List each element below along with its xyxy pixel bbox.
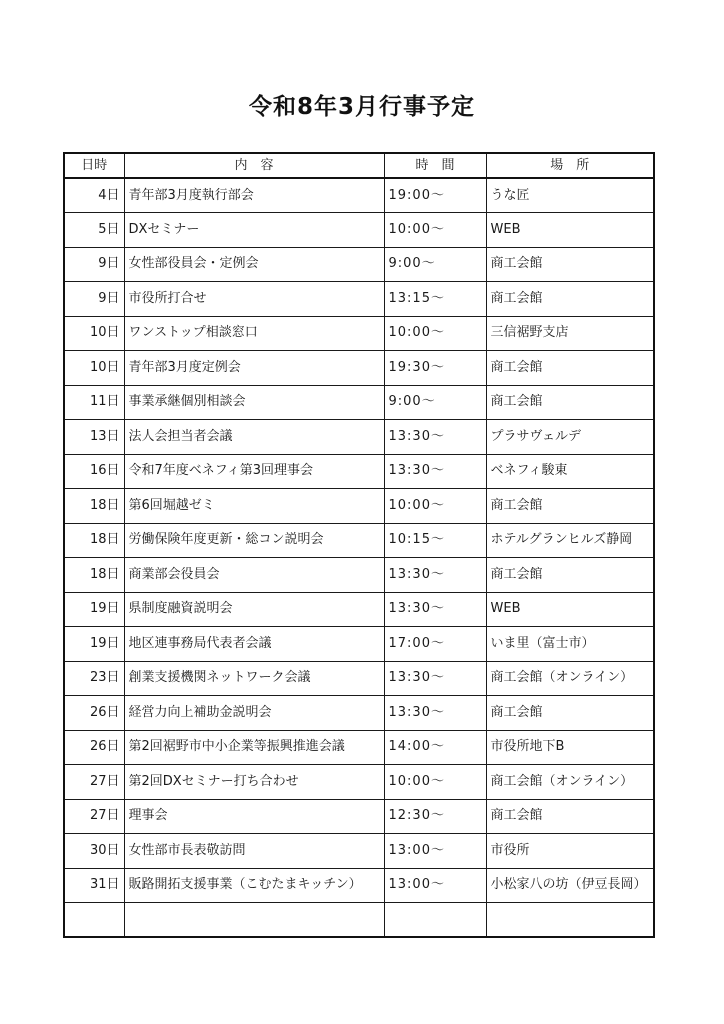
cell-date [64, 903, 124, 938]
cell-date: 26日 [64, 696, 124, 731]
cell-date: 10日 [64, 351, 124, 386]
cell-time: 13:30～ [384, 661, 486, 696]
cell-place: 商工会館 [486, 696, 654, 731]
cell-content: 青年部3月度執行部会 [124, 178, 384, 213]
cell-content: 経営力向上補助金説明会 [124, 696, 384, 731]
cell-time: 10:00～ [384, 489, 486, 524]
cell-content: ワンストップ相談窓口 [124, 316, 384, 351]
cell-date: 31日 [64, 868, 124, 903]
cell-content: 労働保険年度更新・総コン説明会 [124, 523, 384, 558]
cell-time: 13:30～ [384, 454, 486, 489]
table-row: 23日創業支援機関ネットワーク会議13:30～商工会館（オンライン） [64, 661, 654, 696]
table-row [64, 903, 654, 938]
table-row: 27日理事会12:30～商工会館 [64, 799, 654, 834]
cell-time: 13:00～ [384, 868, 486, 903]
cell-time: 10:15～ [384, 523, 486, 558]
cell-time: 13:00～ [384, 834, 486, 869]
cell-content [124, 903, 384, 938]
cell-content: 商業部会役員会 [124, 558, 384, 593]
cell-date: 23日 [64, 661, 124, 696]
cell-time: 13:30～ [384, 592, 486, 627]
table-row: 10日ワンストップ相談窓口10:00～三信裾野支店 [64, 316, 654, 351]
cell-place: 商工会館（オンライン） [486, 661, 654, 696]
cell-time: 13:30～ [384, 696, 486, 731]
cell-time: 9:00～ [384, 247, 486, 282]
cell-content: 販路開拓支援事業（こむたまキッチン） [124, 868, 384, 903]
cell-place: 商工会館（オンライン） [486, 765, 654, 800]
table-row: 5日DXセミナー10:00～WEB [64, 213, 654, 248]
cell-date: 30日 [64, 834, 124, 869]
cell-content: 女性部役員会・定例会 [124, 247, 384, 282]
cell-time: 19:30～ [384, 351, 486, 386]
cell-content: 第6回堀越ゼミ [124, 489, 384, 524]
cell-date: 11日 [64, 385, 124, 420]
cell-date: 19日 [64, 592, 124, 627]
cell-time [384, 903, 486, 938]
cell-place: 市役所地下B [486, 730, 654, 765]
header-row: 日時 内 容 時 間 場 所 [64, 153, 654, 178]
header-place: 場 所 [486, 153, 654, 178]
cell-time: 13:15～ [384, 282, 486, 317]
cell-date: 16日 [64, 454, 124, 489]
cell-place: ホテルグランヒルズ静岡 [486, 523, 654, 558]
cell-content: 女性部市長表敬訪問 [124, 834, 384, 869]
cell-time: 10:00～ [384, 213, 486, 248]
cell-date: 18日 [64, 489, 124, 524]
cell-date: 18日 [64, 523, 124, 558]
schedule-table-header: 日時 内 容 時 間 場 所 [64, 153, 654, 178]
schedule-table: 日時 内 容 時 間 場 所 4日青年部3月度執行部会19:00～うな匠5日DX… [63, 152, 655, 938]
page-title: 令和8年3月行事予定 [0, 88, 724, 121]
cell-date: 10日 [64, 316, 124, 351]
cell-place: 商工会館 [486, 558, 654, 593]
cell-place: 小松家八の坊（伊豆長岡） [486, 868, 654, 903]
cell-date: 9日 [64, 282, 124, 317]
header-content: 内 容 [124, 153, 384, 178]
cell-place: 商工会館 [486, 282, 654, 317]
cell-time: 14:00～ [384, 730, 486, 765]
cell-time: 17:00～ [384, 627, 486, 662]
cell-content: 事業承継個別相談会 [124, 385, 384, 420]
table-row: 9日女性部役員会・定例会9:00～商工会館 [64, 247, 654, 282]
cell-place: 商工会館 [486, 385, 654, 420]
table-row: 26日経営力向上補助金説明会13:30～商工会館 [64, 696, 654, 731]
cell-content: 県制度融資説明会 [124, 592, 384, 627]
cell-date: 27日 [64, 799, 124, 834]
table-row: 19日県制度融資説明会13:30～WEB [64, 592, 654, 627]
cell-time: 19:00～ [384, 178, 486, 213]
cell-content: 創業支援機関ネットワーク会議 [124, 661, 384, 696]
cell-date: 26日 [64, 730, 124, 765]
header-date: 日時 [64, 153, 124, 178]
cell-time: 13:30～ [384, 420, 486, 455]
table-row: 18日商業部会役員会13:30～商工会館 [64, 558, 654, 593]
schedule-table-body: 4日青年部3月度執行部会19:00～うな匠5日DXセミナー10:00～WEB9日… [64, 178, 654, 937]
cell-place: WEB [486, 213, 654, 248]
cell-content: 理事会 [124, 799, 384, 834]
cell-place: 商工会館 [486, 489, 654, 524]
cell-date: 27日 [64, 765, 124, 800]
cell-time: 10:00～ [384, 316, 486, 351]
cell-place: うな匠 [486, 178, 654, 213]
cell-place: プラサヴェルデ [486, 420, 654, 455]
cell-date: 9日 [64, 247, 124, 282]
table-row: 26日第2回裾野市中小企業等振興推進会議14:00～市役所地下B [64, 730, 654, 765]
cell-time: 12:30～ [384, 799, 486, 834]
cell-content: 第2回裾野市中小企業等振興推進会議 [124, 730, 384, 765]
table-row: 19日地区連事務局代表者会議17:00～いま里（富士市） [64, 627, 654, 662]
cell-place: 商工会館 [486, 799, 654, 834]
cell-content: 地区連事務局代表者会議 [124, 627, 384, 662]
table-row: 18日労働保険年度更新・総コン説明会10:15～ホテルグランヒルズ静岡 [64, 523, 654, 558]
cell-content: 青年部3月度定例会 [124, 351, 384, 386]
cell-date: 18日 [64, 558, 124, 593]
cell-time: 13:30～ [384, 558, 486, 593]
cell-date: 4日 [64, 178, 124, 213]
table-row: 13日法人会担当者会議13:30～プラサヴェルデ [64, 420, 654, 455]
cell-content: 法人会担当者会議 [124, 420, 384, 455]
cell-content: DXセミナー [124, 213, 384, 248]
cell-place: ベネフィ駿東 [486, 454, 654, 489]
table-row: 9日市役所打合せ13:15～商工会館 [64, 282, 654, 317]
cell-place: 商工会館 [486, 247, 654, 282]
table-row: 27日第2回DXセミナー打ち合わせ10:00～商工会館（オンライン） [64, 765, 654, 800]
cell-place: いま里（富士市） [486, 627, 654, 662]
cell-place: 商工会館 [486, 351, 654, 386]
table-row: 16日令和7年度ベネフィ第3回理事会13:30～ベネフィ駿東 [64, 454, 654, 489]
cell-time: 10:00～ [384, 765, 486, 800]
header-time: 時 間 [384, 153, 486, 178]
cell-time: 9:00～ [384, 385, 486, 420]
cell-date: 19日 [64, 627, 124, 662]
cell-date: 13日 [64, 420, 124, 455]
cell-content: 第2回DXセミナー打ち合わせ [124, 765, 384, 800]
cell-place: WEB [486, 592, 654, 627]
cell-place [486, 903, 654, 938]
cell-content: 令和7年度ベネフィ第3回理事会 [124, 454, 384, 489]
cell-place: 市役所 [486, 834, 654, 869]
table-row: 31日販路開拓支援事業（こむたまキッチン）13:00～小松家八の坊（伊豆長岡） [64, 868, 654, 903]
table-row: 18日第6回堀越ゼミ10:00～商工会館 [64, 489, 654, 524]
table-row: 10日青年部3月度定例会19:30～商工会館 [64, 351, 654, 386]
table-row: 4日青年部3月度執行部会19:00～うな匠 [64, 178, 654, 213]
cell-date: 5日 [64, 213, 124, 248]
cell-content: 市役所打合せ [124, 282, 384, 317]
table-row: 30日女性部市長表敬訪問13:00～市役所 [64, 834, 654, 869]
document-page: 令和8年3月行事予定 日時 内 容 時 間 場 所 4日青年部3月度執行部会19… [0, 0, 724, 1024]
table-row: 11日事業承継個別相談会9:00～商工会館 [64, 385, 654, 420]
cell-place: 三信裾野支店 [486, 316, 654, 351]
